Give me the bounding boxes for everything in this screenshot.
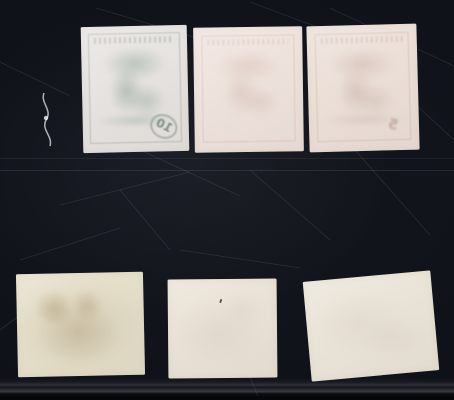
paper-sheen [306,24,419,153]
paper-sheen [193,26,304,153]
paper-sheen [81,25,190,153]
stamp-bottom-middle [168,279,278,379]
bright-scratch-blob [44,116,48,120]
stockpage-photo: 10 5 [0,0,454,400]
paper-sheen [16,272,145,378]
stamp-bottom-left [16,272,145,378]
stamp-top-middle [193,26,304,153]
paper-sheen [303,270,440,381]
stamp-top-right: 5 [306,24,419,153]
stamp-bottom-right [303,270,440,381]
paper-sheen [168,279,278,379]
stamp-top-left: 10 [81,25,190,153]
